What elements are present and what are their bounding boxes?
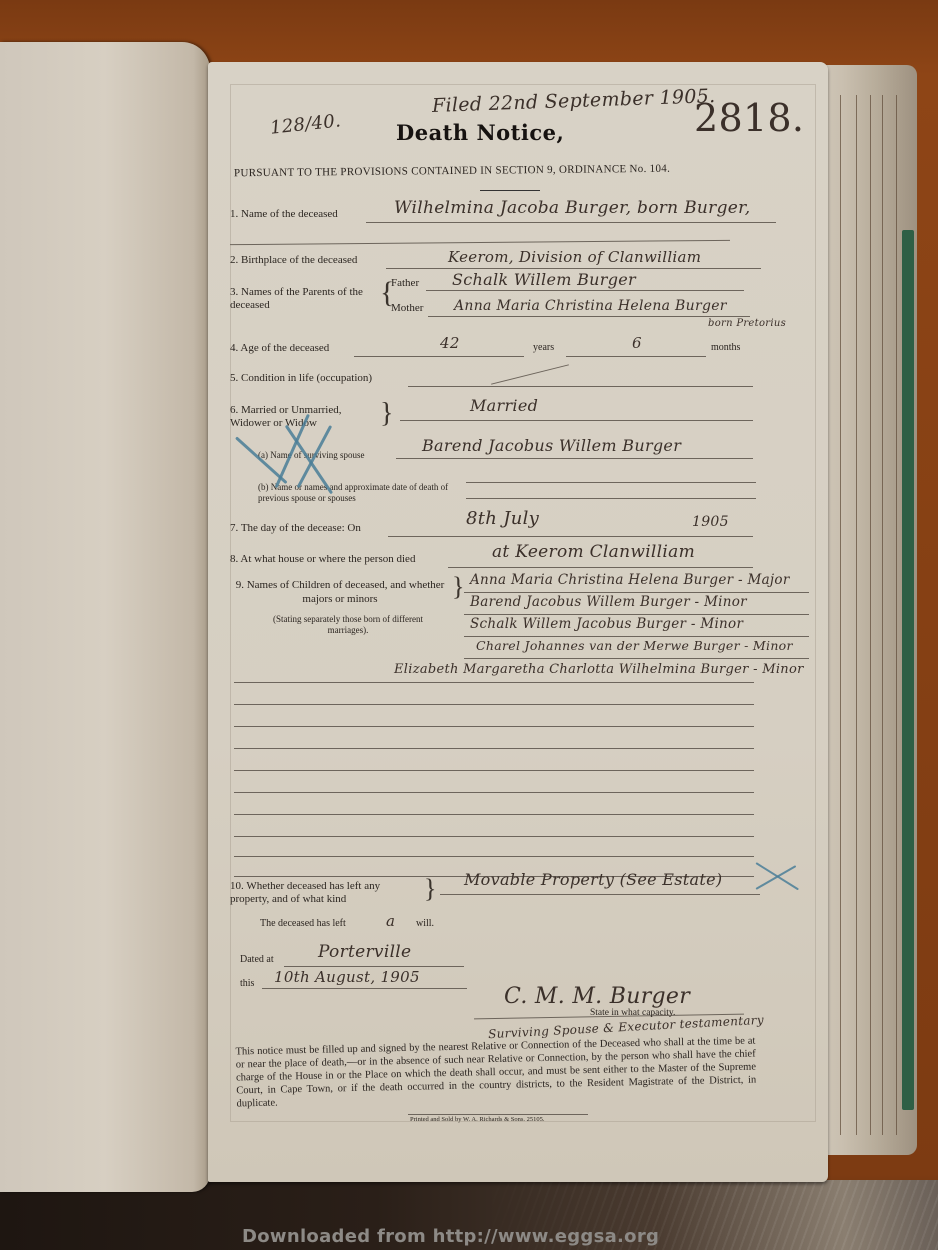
capacity-label: State in what capacity. [590, 1008, 675, 1018]
will-value: a [386, 912, 395, 930]
child-entry: Barend Jacobus Willem Burger - Minor [470, 594, 747, 610]
child-entry: Elizabeth Margaretha Charlotta Wilhelmin… [394, 662, 804, 677]
dated-this-label: this [240, 978, 254, 989]
field-8-label: 8. At what house or where the person die… [230, 553, 415, 565]
spouse-value: Barend Jacobus Willem Burger [422, 436, 681, 455]
field-6-label: 6. Married or Unmarried, Widower or Wido… [230, 404, 370, 430]
dated-at-label: Dated at [240, 954, 274, 965]
printer-imprint: Printed and Sold by W. A. Richards & Son… [410, 1116, 545, 1123]
field-3-label: 3. Names of the Parents of the deceased [230, 286, 380, 312]
left-page [0, 42, 210, 1192]
place-of-death-value: at Keerom Clanwilliam [492, 542, 695, 562]
child-entry: Charel Johannes van der Merwe Burger - M… [476, 638, 793, 653]
field-2-label: 2. Birthplace of the deceased [230, 254, 357, 266]
father-label: Father [391, 277, 419, 289]
mother-label: Mother [391, 302, 423, 314]
child-entry: Schalk Willem Jacobus Burger - Minor [470, 616, 743, 632]
field-10-label: 10. Whether deceased has left any proper… [230, 880, 420, 906]
instructions-footnote: This notice must be filled up and signed… [235, 1035, 756, 1111]
decease-day-value: 8th July [466, 508, 539, 529]
green-ribbon [902, 230, 914, 1110]
child-entry: Anna Maria Christina Helena Burger - Maj… [470, 572, 790, 588]
age-years-value: 42 [440, 334, 460, 352]
file-number: 2818. [694, 96, 804, 140]
field-9-note: (Stating separately those born of differ… [258, 614, 438, 636]
dated-this-value: 10th August, 1905 [274, 968, 420, 986]
field-5-label: 5. Condition in life (occupation) [230, 372, 372, 384]
age-months-value: 6 [632, 334, 642, 352]
field-4-label: 4. Age of the deceased [230, 342, 329, 354]
dated-at-value: Porterville [318, 942, 411, 962]
marital-status-value: Married [470, 396, 538, 415]
property-value: Movable Property (See Estate) [464, 870, 722, 889]
father-value: Schalk Willem Burger [452, 270, 636, 289]
will-label-after: will. [416, 918, 434, 929]
death-notice-page: 128/40. Filed 22nd September 1905. 2818.… [208, 62, 828, 1182]
mother-note: born Pretorius [708, 318, 786, 329]
field-7-label: 7. The day of the decease: On [230, 522, 361, 534]
field-1-value: Wilhelmina Jacoba Burger, born Burger, [394, 198, 750, 218]
decease-year-value: 1905 [692, 514, 729, 530]
field-1-label: 1. Name of the deceased [230, 208, 338, 220]
signature: C. M. M. Burger [504, 984, 690, 1009]
mother-value: Anna Maria Christina Helena Burger [454, 298, 727, 314]
field-9-label: 9. Names of Children of deceased, and wh… [230, 578, 450, 606]
will-label-before: The deceased has left [260, 918, 346, 929]
previous-spouse-label: (b) Name or names and approximate date o… [258, 482, 463, 504]
document-title: Death Notice, [396, 120, 564, 145]
field-2-value: Keerom, Division of Clanwilliam [448, 248, 701, 266]
watermark-text: Downloaded from http://www.eggsa.org [242, 1226, 659, 1247]
